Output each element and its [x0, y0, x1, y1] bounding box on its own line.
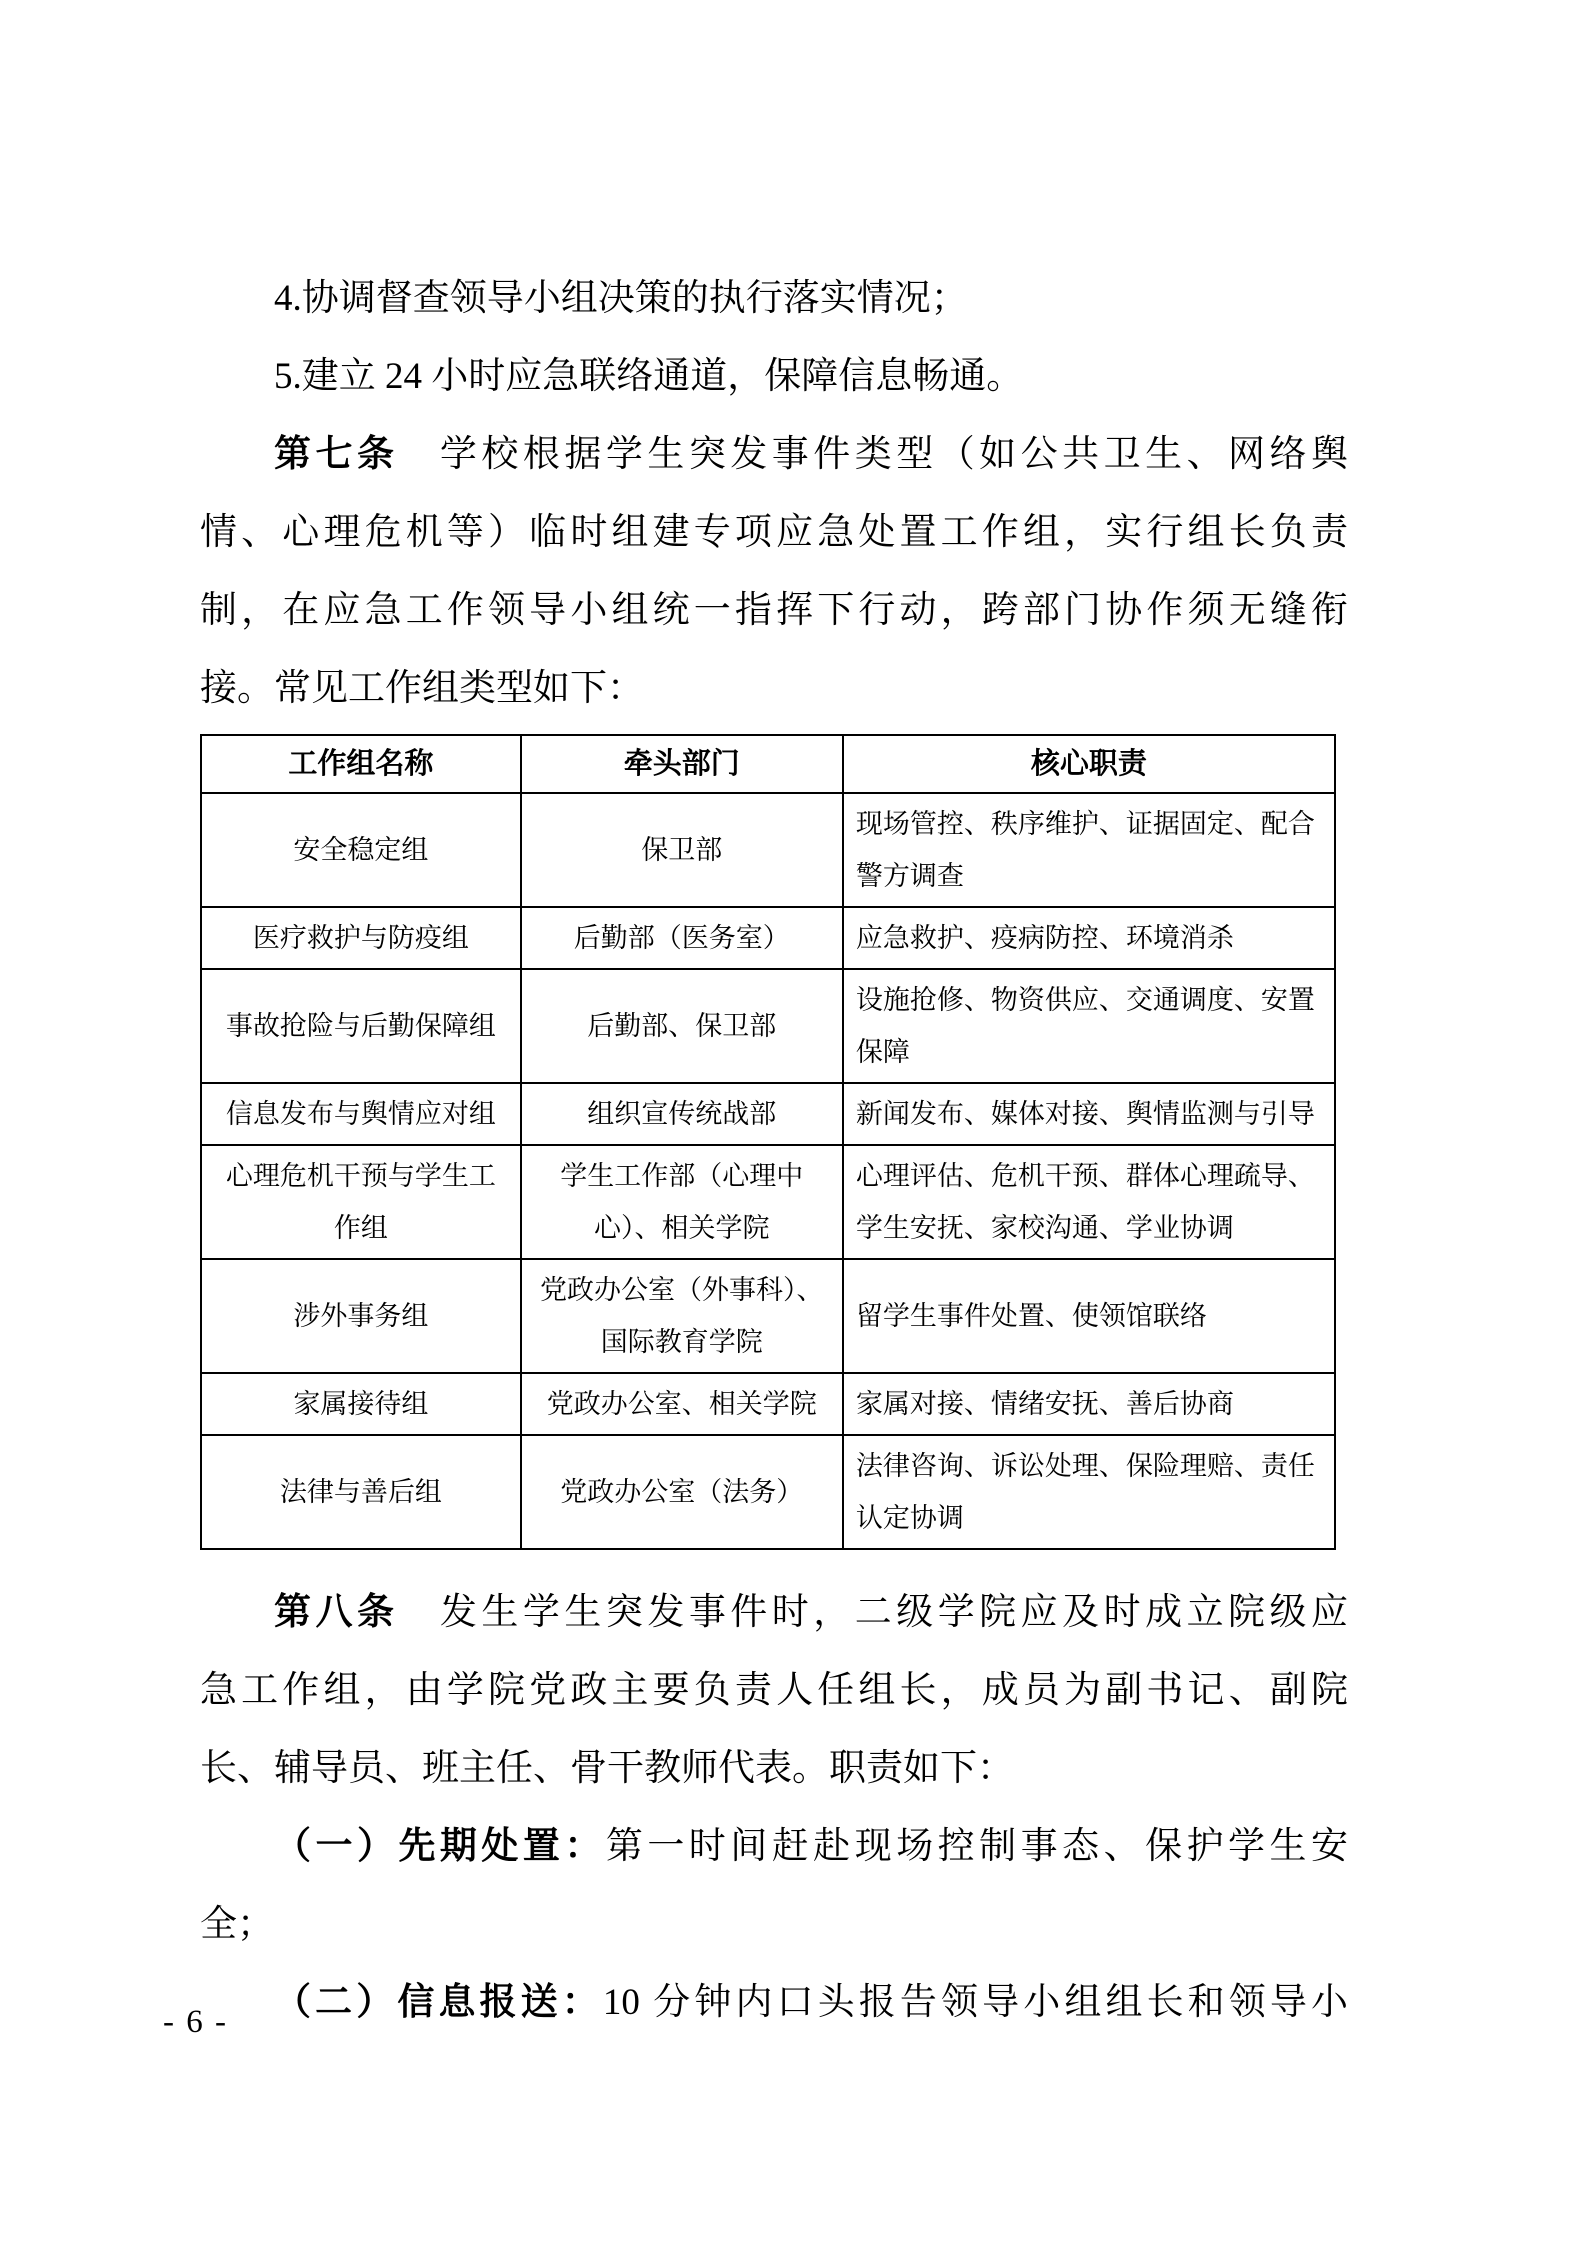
- table-row: 事故抢险与后勤保障组后勤部、保卫部设施抢修、物资供应、交通调度、安置保障: [201, 969, 1335, 1083]
- workgroup-name-cell: 事故抢险与后勤保障组: [201, 969, 521, 1083]
- core-duties-cell: 现场管控、秩序维护、证据固定、配合警方调查: [843, 793, 1335, 907]
- document-body: 4.协调督查领导小组决策的执行落实情况；5.建立 24 小时应急联络通道，保障信…: [200, 260, 1348, 2042]
- text-line: 制，在应急工作领导小组统一指挥下行动，跨部门协作须无缝衔: [200, 572, 1348, 650]
- text-run: 发生学生突发事件时，二级学院应及时成立院级应: [398, 1592, 1348, 1633]
- text-run: 全；: [200, 1904, 274, 1945]
- core-duties-cell: 设施抢修、物资供应、交通调度、安置保障: [843, 969, 1335, 1083]
- emphasis-text-run: （一）先期处置：: [274, 1826, 606, 1867]
- text-line: 5.建立 24 小时应急联络通道，保障信息畅通。: [200, 338, 1348, 416]
- lead-department-cell: 组织宣传统战部: [521, 1083, 843, 1145]
- core-duties-cell: 家属对接、情绪安抚、善后协商: [843, 1373, 1335, 1435]
- text-run: 学校根据学生突发事件类型（如公共卫生、网络舆: [398, 434, 1348, 475]
- table-header-cell: 工作组名称: [201, 735, 521, 793]
- table-row: 安全稳定组保卫部现场管控、秩序维护、证据固定、配合警方调查: [201, 793, 1335, 907]
- text-run: 接。常见工作组类型如下：: [200, 668, 644, 709]
- core-duties-cell: 心理评估、危机干预、群体心理疏导、学生安抚、家校沟通、学业协调: [843, 1145, 1335, 1259]
- paragraph: （二）信息报送：10 分钟内口头报告领导小组组长和领导小: [200, 1964, 1348, 2042]
- table-row: 涉外事务组党政办公室（外事科）、国际教育学院留学生事件处置、使领馆联络: [201, 1259, 1335, 1373]
- workgroup-name-cell: 涉外事务组: [201, 1259, 521, 1373]
- table-row: 心理危机干预与学生工作组学生工作部（心理中心）、相关学院心理评估、危机干预、群体…: [201, 1145, 1335, 1259]
- paragraph: 第八条 发生学生突发事件时，二级学院应及时成立院级应急工作组，由学院党政主要负责…: [200, 1574, 1348, 1808]
- text-line: 急工作组，由学院党政主要负责人任组长，成员为副书记、副院: [200, 1652, 1348, 1730]
- workgroup-name-cell: 家属接待组: [201, 1373, 521, 1435]
- paragraph: 第七条 学校根据学生突发事件类型（如公共卫生、网络舆情、心理危机等）临时组建专项…: [200, 416, 1348, 728]
- text-line: （二）信息报送：10 分钟内口头报告领导小组组长和领导小: [200, 1964, 1348, 2042]
- table-row: 医疗救护与防疫组后勤部（医务室）应急救护、疫病防控、环境消杀: [201, 907, 1335, 969]
- text-run: 急工作组，由学院党政主要负责人任组长，成员为副书记、副院: [200, 1670, 1348, 1711]
- lead-department-cell: 党政办公室（外事科）、国际教育学院: [521, 1259, 843, 1373]
- lead-department-cell: 后勤部（医务室）: [521, 907, 843, 969]
- lead-department-cell: 党政办公室（法务）: [521, 1435, 843, 1549]
- table-row: 法律与善后组党政办公室（法务）法律咨询、诉讼处理、保险理赔、责任认定协调: [201, 1435, 1335, 1549]
- text-line: （一）先期处置：第一时间赶赴现场控制事态、保护学生安: [200, 1808, 1348, 1886]
- workgroup-name-cell: 心理危机干预与学生工作组: [201, 1145, 521, 1259]
- text-line: 4.协调督查领导小组决策的执行落实情况；: [200, 260, 1348, 338]
- workgroups-table: 工作组名称牵头部门核心职责安全稳定组保卫部现场管控、秩序维护、证据固定、配合警方…: [200, 734, 1336, 1550]
- core-duties-cell: 法律咨询、诉讼处理、保险理赔、责任认定协调: [843, 1435, 1335, 1549]
- lead-department-cell: 党政办公室、相关学院: [521, 1373, 843, 1435]
- text-run: 第一时间赶赴现场控制事态、保护学生安: [606, 1826, 1348, 1867]
- page-number: - 6 -: [163, 2002, 228, 2042]
- text-run: 5.建立 24 小时应急联络通道，保障信息畅通。: [274, 356, 1023, 397]
- text-run: 情、心理危机等）临时组建专项应急处置工作组，实行组长负责: [200, 512, 1348, 553]
- lead-department-cell: 学生工作部（心理中心）、相关学院: [521, 1145, 843, 1259]
- text-run: 10 分钟内口头报告领导小组组长和领导小: [603, 1982, 1348, 2023]
- workgroup-name-cell: 安全稳定组: [201, 793, 521, 907]
- emphasis-text-run: 第七条: [274, 434, 398, 475]
- paragraph: （一）先期处置：第一时间赶赴现场控制事态、保护学生安全；: [200, 1808, 1348, 1964]
- text-line: 全；: [200, 1886, 1348, 1964]
- core-duties-cell: 留学生事件处置、使领馆联络: [843, 1259, 1335, 1373]
- text-line: 第八条 发生学生突发事件时，二级学院应及时成立院级应: [200, 1574, 1348, 1652]
- emphasis-text-run: （二）信息报送：: [274, 1982, 603, 2023]
- paragraph: 4.协调督查领导小组决策的执行落实情况；: [200, 260, 1348, 338]
- lead-department-cell: 保卫部: [521, 793, 843, 907]
- table-row: 信息发布与舆情应对组组织宣传统战部新闻发布、媒体对接、舆情监测与引导: [201, 1083, 1335, 1145]
- paragraph: 5.建立 24 小时应急联络通道，保障信息畅通。: [200, 338, 1348, 416]
- table-header-row: 工作组名称牵头部门核心职责: [201, 735, 1335, 793]
- workgroup-name-cell: 信息发布与舆情应对组: [201, 1083, 521, 1145]
- table-row: 家属接待组党政办公室、相关学院家属对接、情绪安抚、善后协商: [201, 1373, 1335, 1435]
- lead-department-cell: 后勤部、保卫部: [521, 969, 843, 1083]
- workgroup-name-cell: 医疗救护与防疫组: [201, 907, 521, 969]
- text-line: 长、辅导员、班主任、骨干教师代表。职责如下：: [200, 1730, 1348, 1808]
- core-duties-cell: 新闻发布、媒体对接、舆情监测与引导: [843, 1083, 1335, 1145]
- core-duties-cell: 应急救护、疫病防控、环境消杀: [843, 907, 1335, 969]
- text-line: 情、心理危机等）临时组建专项应急处置工作组，实行组长负责: [200, 494, 1348, 572]
- text-run: 长、辅导员、班主任、骨干教师代表。职责如下：: [200, 1748, 1014, 1789]
- workgroup-name-cell: 法律与善后组: [201, 1435, 521, 1549]
- emphasis-text-run: 第八条: [274, 1592, 398, 1633]
- document-page: 4.协调督查领导小组决策的执行落实情况；5.建立 24 小时应急联络通道，保障信…: [0, 0, 1587, 2245]
- table-header-cell: 核心职责: [843, 735, 1335, 793]
- text-line: 接。常见工作组类型如下：: [200, 650, 1348, 728]
- text-run: 制，在应急工作领导小组统一指挥下行动，跨部门协作须无缝衔: [200, 590, 1348, 631]
- text-line: 第七条 学校根据学生突发事件类型（如公共卫生、网络舆: [200, 416, 1348, 494]
- table-header-cell: 牵头部门: [521, 735, 843, 793]
- text-run: 4.协调督查领导小组决策的执行落实情况；: [274, 278, 968, 319]
